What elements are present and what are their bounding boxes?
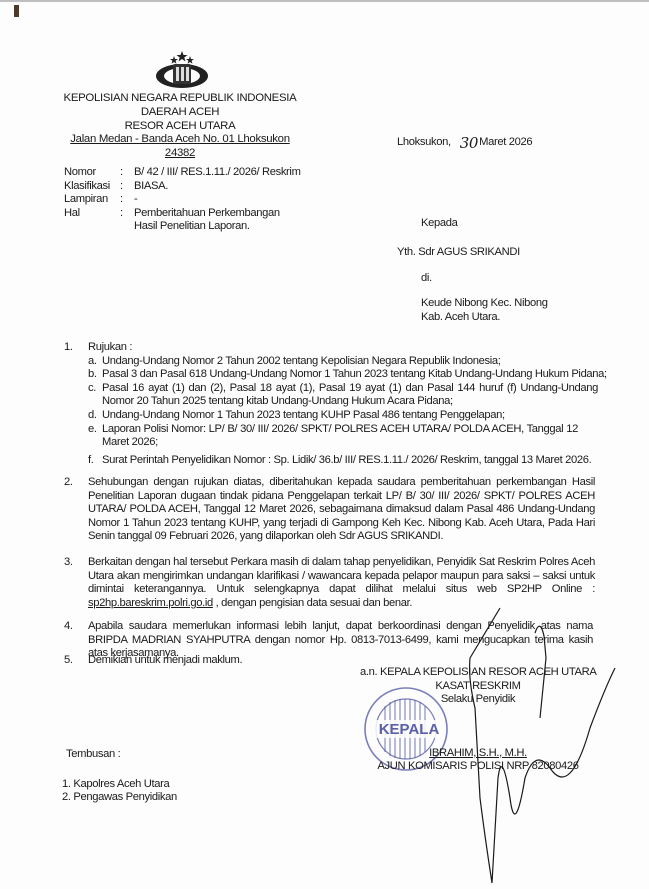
signature-line-3: Selaku Penyidik: [360, 693, 596, 707]
meta-row-hal: Hal : Pemberitahuan Perkembangan: [64, 207, 354, 221]
rujukan-item: a. Undang-Undang Nomor 2 Tahun 2002 tent…: [88, 355, 598, 369]
signature-line-1: a.n. KEPALA KEPOLISIAN RESOR ACEH UTARA: [360, 666, 596, 680]
tembusan-item: 1. Kapolres Aceh Utara: [62, 778, 177, 792]
item-letter: b.: [88, 368, 102, 382]
signatory-rank: AJUN KOMISARIS POLISI NRP 82080426: [360, 760, 596, 774]
meta-sep: :: [120, 207, 134, 221]
letterhead-line: RESOR ACEH UTARA: [62, 120, 298, 134]
paragraph-2: Sehubungan dengan rujukan diatas, diberi…: [88, 476, 595, 544]
item-letter: e.: [88, 423, 102, 450]
police-emblem-icon: [153, 50, 211, 90]
letterhead-address: Jalan Medan - Banda Aceh No. 01 Lhoksuko…: [62, 133, 298, 161]
item-text: Pasal 16 ayat (1) dan (2), Pasal 18 ayat…: [102, 382, 598, 409]
paragraph-rujukan: Rujukan : a. Undang-Undang Nomor 2 Tahun…: [88, 341, 598, 467]
signature-block: a.n. KEPALA KEPOLISIAN RESOR ACEH UTARA …: [360, 666, 596, 774]
letterhead: KEPOLISIAN NEGARA REPUBLIK INDONESIA DAE…: [62, 92, 298, 161]
meta-label: Lampiran: [64, 193, 120, 207]
meta-row-hal-cont: Hasil Penelitian Laporan.: [64, 220, 354, 234]
rujukan-item: b. Pasal 3 dan Pasal 618 Undang-Undang N…: [88, 368, 598, 382]
meta-label: Nomor: [64, 166, 120, 180]
tembusan-item: 2. Pengawas Penyidikan: [62, 791, 177, 805]
meta-value: BIASA.: [134, 180, 354, 194]
scan-corner-mark: [14, 5, 19, 17]
paragraph-3-tail: , dengan pengisian data sesuai dan benar…: [213, 597, 412, 609]
meta-value: -: [134, 193, 354, 207]
meta-row-nomor: Nomor : B/ 42 / III/ RES.1.11./ 2026/ Re…: [64, 166, 354, 180]
recipient-address-1: Keude Nibong Kec. Nibong: [421, 297, 548, 311]
paragraph-number: 5.: [64, 654, 73, 668]
item-text: Pasal 3 dan Pasal 618 Undang-Undang Nomo…: [102, 368, 607, 382]
letter-date: Lhoksukon,30Maret 2026: [397, 134, 532, 150]
rujukan-item: c. Pasal 16 ayat (1) dan (2), Pasal 18 a…: [88, 382, 598, 409]
letterhead-line: KEPOLISIAN NEGARA REPUBLIK INDONESIA: [62, 92, 298, 106]
item-text: Undang-Undang Nomor 2 Tahun 2002 tentang…: [102, 355, 501, 369]
signature-line-2: KASAT RESKRIM: [360, 680, 596, 694]
item-letter: c.: [88, 382, 102, 409]
meta-sep: :: [120, 166, 134, 180]
meta-value: B/ 42 / III/ RES.1.11./ 2026/ Reskrim: [134, 166, 354, 180]
paragraph-number: 3.: [64, 556, 73, 570]
item-letter: a.: [88, 355, 102, 369]
letterhead-line: DAERAH ACEH: [62, 106, 298, 120]
letter-meta: Nomor : B/ 42 / III/ RES.1.11./ 2026/ Re…: [64, 166, 354, 234]
meta-value: Pemberitahuan Perkembangan: [134, 207, 354, 221]
meta-label: Hal: [64, 207, 120, 221]
date-day-handwritten: 30: [460, 134, 478, 152]
item-text: Undang-Undang Nomor 1 Tahun 2023 tentang…: [102, 409, 505, 423]
recipient-address-2: Kab. Aceh Utara.: [421, 311, 500, 325]
item-letter: f.: [88, 454, 102, 468]
sp2hp-link[interactable]: sp2hp.bareskrim.polri.go.id: [88, 597, 213, 609]
item-letter: d.: [88, 409, 102, 423]
recipient-kepada: Kepada: [421, 217, 457, 231]
item-text: Laporan Polisi Nomor: LP/ B/ 30/ III/ 20…: [102, 423, 578, 450]
date-place: Lhoksukon,: [397, 136, 451, 148]
meta-row-klasifikasi: Klasifikasi : BIASA.: [64, 180, 354, 194]
signatory-name: IBRAHIM, S.H., M.H.: [360, 747, 596, 761]
rujukan-item: f. Surat Perintah Penyelidikan Nomor : S…: [88, 454, 598, 468]
rujukan-item: e. Laporan Polisi Nomor: LP/ B/ 30/ III/…: [88, 423, 598, 450]
rujukan-title: Rujukan :: [88, 341, 598, 355]
recipient-di: di.: [421, 272, 432, 286]
meta-row-lampiran: Lampiran : -: [64, 193, 354, 207]
rujukan-item: d. Undang-Undang Nomor 1 Tahun 2023 tent…: [88, 409, 598, 423]
meta-value: Hasil Penelitian Laporan.: [134, 220, 354, 234]
paragraph-number: 1.: [64, 341, 73, 355]
recipient-name: Yth. Sdr AGUS SRIKANDI: [397, 246, 520, 260]
tembusan-block: Tembusan : 1. Kapolres Aceh Utara 2. Pen…: [66, 748, 177, 805]
meta-sep: :: [120, 193, 134, 207]
paragraph-number: 2.: [64, 476, 73, 490]
item-text: Surat Perintah Penyelidikan Nomor : Sp. …: [102, 454, 591, 468]
meta-label: Klasifikasi: [64, 180, 120, 194]
meta-sep: :: [120, 180, 134, 194]
tembusan-title: Tembusan :: [66, 748, 177, 762]
scan-top-edge: [0, 0, 649, 2]
paragraph-number: 4.: [64, 620, 73, 634]
date-month-year: Maret 2026: [479, 136, 532, 148]
paragraph-3-text: Berkaitan dengan hal tersebut Perkara ma…: [88, 556, 595, 597]
